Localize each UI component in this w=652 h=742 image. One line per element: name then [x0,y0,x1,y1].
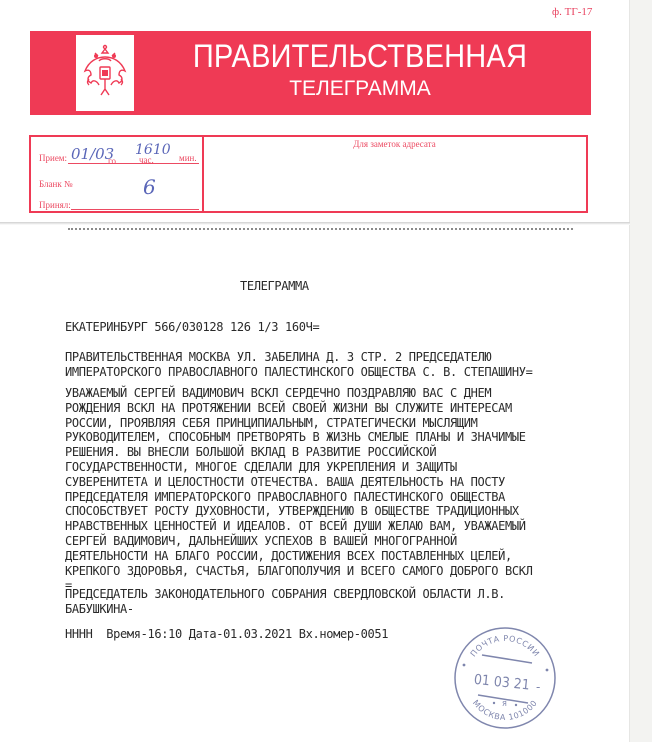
coat-of-arms-icon [76,35,134,111]
message-line: РУКОВОДИТЕЛЕМ, СПОСОБНЫМ ПРЕТВОРЯТЬ В ЖИ… [65,430,532,445]
address-block: ПРАВИТЕЛЬСТВЕННАЯ МОСКВА УЛ. ЗАБЕЛИНА Д.… [65,350,532,380]
scan-edge [629,0,652,742]
accepted-label: Принял: [39,200,71,210]
message-line: УВАЖАЕМЫЙ СЕРГЕЙ ВАДИМОВИЧ ВСКЛ СЕРДЕЧНО… [65,386,532,401]
message-line: СПОСОБСТВУЕТ РОСТУ ДУХОВНОСТИ, УТВЕРЖДЕН… [65,504,532,519]
received-line [68,163,199,164]
blank-value: 6 [143,175,156,199]
perforation-line [68,228,573,230]
address-line: ПРАВИТЕЛЬСТВЕННАЯ МОСКВА УЛ. ЗАБЕЛИНА Д.… [65,350,532,365]
header-banner: ПРАВИТЕЛЬСТВЕННАЯ ТЕЛЕГРАММА [30,31,591,115]
signature-block: ПРЕДСЕДАТЕЛЬ ЗАКОНОДАТЕЛЬНОГО СОБРАНИЯ С… [65,587,505,617]
message-line: ГОСУДАРСТВЕННОСТИ, МНОГОЕ СДЕЛАЛИ ДЛЯ УК… [65,460,532,475]
message-body: УВАЖАЕМЫЙ СЕРГЕЙ ВАДИМОВИЧ ВСКЛ СЕРДЕЧНО… [65,386,532,593]
notes-label: Для заметок адресата [203,139,586,149]
message-line: РОССИИ, ПРОЯВЛЯЯ СЕБЯ ПРИНЦИПИАЛЬНЫМ, СТ… [65,416,532,431]
tear-edge [0,222,630,225]
svg-text:ПОЧТА РОССИИ: ПОЧТА РОССИИ [469,634,541,659]
delivery-footer: НННН Время-16:10 Дата-01.03.2021 Вх.номе… [65,627,388,642]
year-suffix-label: го [108,156,116,166]
svg-text:01 03 21: 01 03 21 [473,672,530,694]
message-line: СУВЕРЕНИТЕТА И ЦЕЛОСТНОСТИ ОТЕЧЕСТВА. ВА… [65,475,532,490]
message-line: ПРЕДСЕДАТЕЛЯ ИМПЕРАТОРСКОГО ПРАВОСЛАВНОГ… [65,490,532,505]
signature-line: ПРЕДСЕДАТЕЛЬ ЗАКОНОДАТЕЛЬНОГО СОБРАНИЯ С… [65,587,505,602]
message-line: РОЖДЕНИЯ ВСКЛ НА ПРОТЯЖЕНИИ ВСЕЙ СВОЕЙ Ж… [65,401,532,416]
routing-line: ЕКАТЕРИНБУРГ 566/030128 126 1/3 160Ч= [65,320,319,335]
banner-subtitle: ТЕЛЕГРАММА [150,77,570,101]
svg-text:-: - [536,680,540,694]
banner-title: ПРАВИТЕЛЬСТВЕННАЯ [150,39,570,76]
message-line: ДЕЯТЕЛЬНОСТИ НА БЛАГО РОССИИ, ДОСТИЖЕНИЯ… [65,549,532,564]
telegram-heading: ТЕЛЕГРАММА [240,279,309,294]
minutes-label: мин. [179,153,197,163]
hours-label: час. [139,155,154,165]
blank-label: Бланк № [39,179,73,189]
form-code: ф. ТГ-17 [552,6,592,18]
message-line: НРАВСТВЕННЫХ ЦЕННОСТЕЙ И ИДЕАЛОВ. ОТ ВСЕ… [65,519,532,534]
reception-form: Прием: 01/03 го 1610 час. мин. Бланк № 6… [29,135,588,213]
svg-text:Я: Я [502,700,507,708]
message-line: СЕРГЕЙ ВАДИМОВИЧ, ДАЛЬНЕЙШИХ УСПЕХОВ В В… [65,534,532,549]
postmark-stamp: ПОЧТА РОССИИ МОСКВА 101000 01 03 21 - Я [452,625,558,731]
accepted-line [71,209,199,210]
received-label: Прием: [39,153,67,163]
address-line: ИМПЕРАТОРСКОГО ПРАВОСЛАВНОГО ПАЛЕСТИНСКО… [65,365,532,380]
message-line: КРЕПКОГО ЗДОРОВЬЯ, СЧАСТЬЯ, БЛАГОПОЛУЧИЯ… [65,564,532,579]
reception-fields: Прием: 01/03 го 1610 час. мин. Бланк № 6… [31,137,204,211]
signature-line: БАБУШКИНА- [65,602,505,617]
message-line: РЕШЕНИЯ. ВЫ ВНЕСЛИ БОЛЬШОЙ ВКЛАД В РАЗВИ… [65,445,532,460]
